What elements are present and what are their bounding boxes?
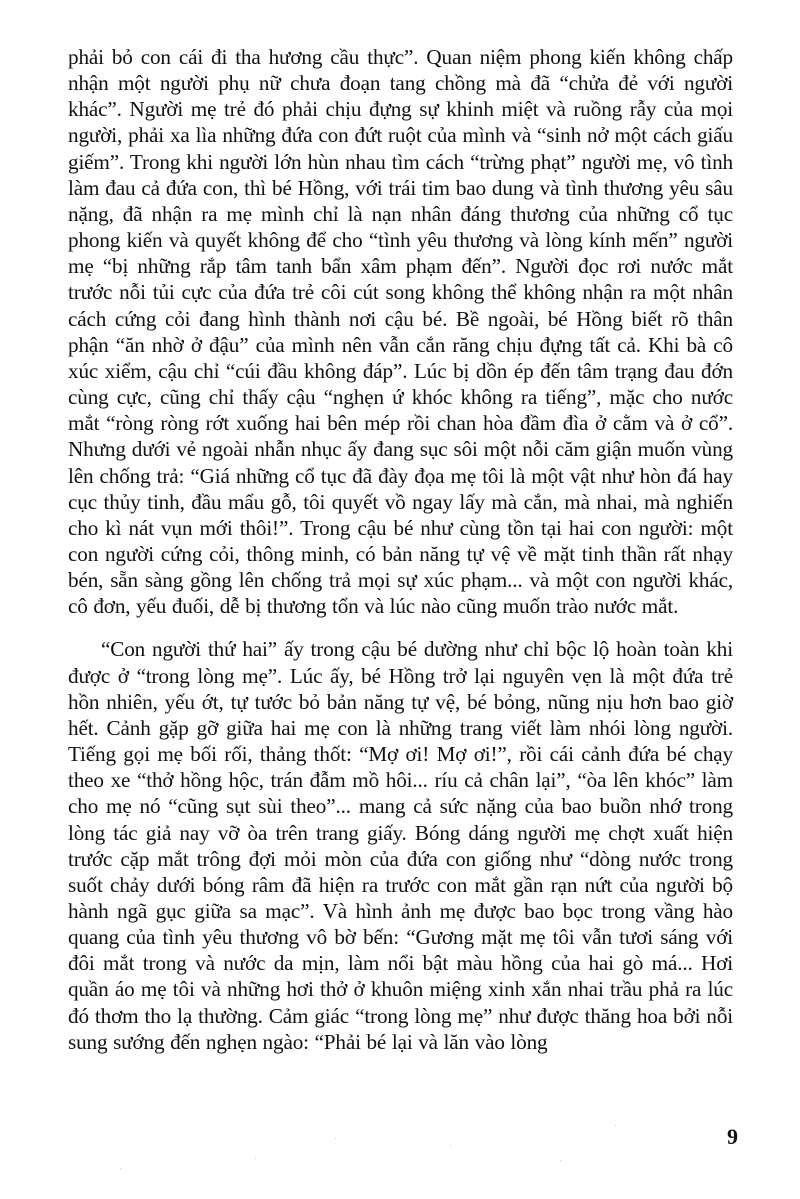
scan-speck: [560, 1160, 561, 1161]
scan-speck: [450, 1145, 451, 1146]
scan-speck: [615, 1125, 616, 1126]
paragraph-1: phải bỏ con cái đi tha hương cầu thực”. …: [68, 44, 733, 619]
page-number: 9: [718, 1124, 738, 1150]
scan-speck: [120, 1168, 121, 1169]
scan-speck: [335, 1138, 336, 1139]
scan-speck: [255, 1158, 256, 1159]
book-page-body: phải bỏ con cái đi tha hương cầu thực”. …: [68, 44, 733, 1055]
paragraph-2: “Con người thứ hai” ấy trong cậu bé dườn…: [68, 636, 733, 1055]
